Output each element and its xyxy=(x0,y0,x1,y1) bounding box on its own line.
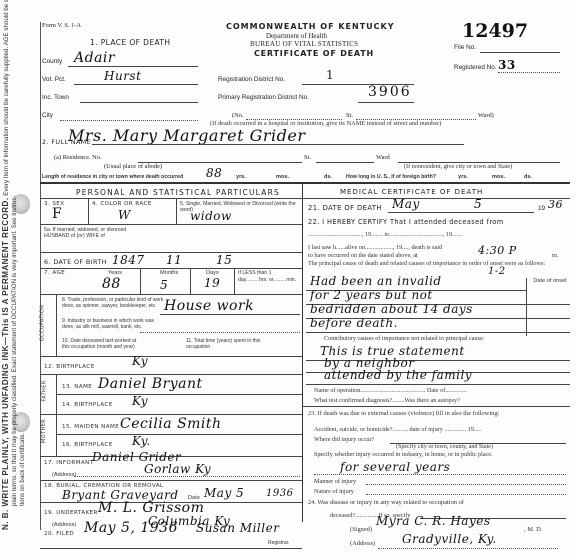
certify-label: 22. I HEREBY CERTIFY That I attended dec… xyxy=(308,218,504,226)
full-name-line xyxy=(92,144,464,145)
length-residence-value: 88 xyxy=(206,166,222,180)
full-name-value: Mrs. Mary Margaret Grider xyxy=(68,126,306,145)
occupation-side-label: OCCUPATION xyxy=(39,305,45,342)
county-value: Adair xyxy=(74,50,115,66)
row-line xyxy=(56,394,302,395)
residence-ward-label: Ward xyxy=(376,154,390,161)
onset-mark: 1-2 xyxy=(488,266,506,277)
contributory-line-3: attended by the family xyxy=(324,368,472,382)
age-days: 19 xyxy=(204,276,220,290)
certificate-title: CERTIFICATE OF DEATH xyxy=(254,49,374,58)
sidebar-instructions: N. B. WRITE PLAINLY, WITH UNFADING INK—T… xyxy=(2,30,34,530)
cell-divider xyxy=(234,268,235,294)
m-label: m. xyxy=(552,252,558,259)
dod-year: 36 xyxy=(548,198,563,211)
race-value: W xyxy=(118,208,131,222)
father-birthplace-value: Ky xyxy=(132,394,148,408)
medical-heading: MEDICAL CERTIFICATE OF DEATH xyxy=(340,188,483,196)
signed-label: (Signed) xyxy=(350,526,372,533)
cell-divider xyxy=(140,268,141,294)
mother-birthplace-value: Ky. xyxy=(132,434,151,448)
ds-label: ds. xyxy=(324,174,332,180)
primary-district-label: Primary Registration District No. xyxy=(218,94,309,101)
residence-st-label: St. xyxy=(304,154,311,161)
dob-day: 15 xyxy=(216,253,232,267)
row-line xyxy=(302,198,570,199)
cause-line-2: for 2 years but not xyxy=(310,288,433,302)
registrar-signature: Susan Miller xyxy=(196,521,279,535)
row-line xyxy=(40,198,302,199)
filed-date-value: May 5, 1936 xyxy=(84,520,178,536)
death-certificate-page: N. B. WRITE PLAINLY, WITH UNFADING INK—T… xyxy=(0,0,576,558)
file-number: 12497 xyxy=(462,20,528,42)
dept-header: Department of Health xyxy=(266,32,327,40)
principal-cause-label: The principal cause of death and related… xyxy=(308,260,566,267)
foreign-birth-label: How long in U. S., if of foreign birth? xyxy=(346,174,436,180)
specify-injury-value: for several years xyxy=(340,460,450,474)
father-side-label: FATHER xyxy=(42,380,48,401)
spouse-label: 5a. If married, widowed, or divorced HUS… xyxy=(44,227,140,239)
dod-day: 5 xyxy=(474,197,482,211)
trade-label: 8. Trade, profession, or particular kind… xyxy=(62,297,166,309)
registrar-label: Registrar. xyxy=(268,540,289,546)
mother-birthplace-label: 16. BIRTHPLACE xyxy=(62,442,113,448)
county-label: County xyxy=(42,58,62,65)
age-label: 7. AGE xyxy=(44,270,65,276)
foreign-mos-label: mos. xyxy=(492,174,505,180)
row-line xyxy=(40,374,302,375)
occurred-at-label: to have occurred on the date stated abov… xyxy=(308,252,418,259)
place-of-death-heading: 1. PLACE OF DEATH xyxy=(90,38,170,47)
bureau-header: BUREAU OF VITAL STATISTICS xyxy=(250,40,358,48)
father-name-label: 13. NAME xyxy=(62,384,92,390)
contrib-rule xyxy=(306,384,570,385)
md-label: , M. D. xyxy=(524,526,542,533)
burial-year-value: 1936 xyxy=(266,488,293,499)
vot-pct-label: Vot. Pct. xyxy=(42,76,66,83)
manner-line xyxy=(366,484,566,485)
last-worked-label: 10. Date deceased last worked at this oc… xyxy=(62,338,142,350)
months-label: Months xyxy=(160,270,178,276)
form-number: Form V. S. 1-A xyxy=(42,22,81,29)
registered-no-line xyxy=(498,72,560,73)
external-causes-label: 23. If death was due to external causes … xyxy=(308,410,568,417)
attended-from-line: ...................................., 19… xyxy=(308,232,463,238)
mother-maiden-value: Cecilia Smith xyxy=(120,416,222,432)
less-than-day-label: If LESS than 1 day.........hrs. or......… xyxy=(238,270,300,283)
last-saw-line: I last saw h......alive on..............… xyxy=(308,244,442,251)
mother-maiden-label: 15. MAIDEN NAME xyxy=(62,424,119,430)
industry-line xyxy=(140,332,300,333)
dob-year: 1847 xyxy=(112,253,145,267)
mother-side-label: MOTHER xyxy=(41,419,47,443)
dob-month: 11 xyxy=(166,253,182,267)
informant-address-line xyxy=(74,476,300,477)
row-line xyxy=(40,268,302,269)
dod-label: 21. DATE OF DEATH xyxy=(308,204,382,212)
physician-address-value: Gradyville, Ky. xyxy=(402,532,497,546)
primary-district-line xyxy=(358,102,414,103)
foreign-ds-label: ds. xyxy=(524,174,532,180)
registered-number: 33 xyxy=(498,58,516,72)
registration-district-value: 1 xyxy=(326,68,334,82)
nonresident-note: (If nonresident, give city or town and S… xyxy=(404,163,512,170)
form-border xyxy=(40,22,41,530)
row-line xyxy=(40,224,302,225)
yrs-label: yrs. xyxy=(236,174,246,180)
trade-line xyxy=(160,314,300,315)
row-line xyxy=(40,294,302,295)
county-line xyxy=(68,66,198,67)
dod-month: May xyxy=(392,197,420,211)
residence-st-line xyxy=(316,162,374,163)
vot-pct-line xyxy=(74,84,198,85)
row-line xyxy=(40,356,302,357)
cell-divider xyxy=(176,198,177,224)
dod-line xyxy=(388,212,534,213)
physician-address-label: (Address) xyxy=(350,540,375,547)
vot-pct-value: Hurst xyxy=(104,69,141,83)
registered-no-label: Registered No. xyxy=(454,64,497,71)
state-header: COMMONWEALTH OF KENTUCKY xyxy=(226,22,395,31)
physician-address-line xyxy=(378,548,558,549)
accident-label: Accident, suicide, or homicide?.........… xyxy=(314,426,482,433)
cell-divider xyxy=(190,268,191,294)
parents-divider xyxy=(56,374,57,456)
informant-address-value: Gorlaw Ky xyxy=(144,462,211,476)
city-label: City xyxy=(42,112,53,119)
specify-injury-label: Specify whether injury occurred in indus… xyxy=(314,451,566,458)
nature-line xyxy=(366,494,566,495)
contributory-label: Contributory causes of importance not re… xyxy=(324,336,524,343)
physician-signature: Myra C. R. Hayes xyxy=(376,514,490,528)
age-months: 5 xyxy=(160,278,168,292)
sidebar-line-3: tions on back of certificate. xyxy=(19,30,27,530)
cause-rule xyxy=(306,332,570,333)
burial-date-value: May 5 xyxy=(204,486,244,500)
section-divider xyxy=(40,182,570,184)
file-no-label: File No. xyxy=(454,44,476,51)
instruction-sidebar: N. B. WRITE PLAINLY, WITH UNFADING INK—T… xyxy=(4,20,36,540)
injury-location-label: Where did injury occur? xyxy=(314,436,374,443)
dob-label: 6. DATE OF BIRTH xyxy=(44,258,107,266)
inc-town-label: Inc. Town xyxy=(42,94,69,101)
mos-label: mos. xyxy=(276,174,289,180)
sidebar-line-2: plain terms, so that it may be properly … xyxy=(11,30,19,530)
date-of-onset-label: Date of onset xyxy=(532,278,568,284)
nature-label: Nature of injury xyxy=(314,488,354,495)
dod-year-prefix: 19 xyxy=(538,205,545,212)
informant-label: 17. INFORMANT xyxy=(44,460,93,466)
column-divider xyxy=(302,182,303,522)
sidebar-lead: N. B. WRITE PLAINLY, WITH UNFADING INK—T… xyxy=(1,197,10,530)
cause-line-3: bedridden about 14 days xyxy=(310,302,473,316)
undertaker-address-label: (Address) xyxy=(52,522,76,528)
father-birthplace-label: 14. BIRTHPLACE xyxy=(62,402,113,408)
birthplace-label: 12. BIRTHPLACE xyxy=(44,364,95,370)
time-of-death: 4:30 P xyxy=(478,244,517,257)
st-label: St. xyxy=(346,112,353,119)
city-line xyxy=(60,120,198,121)
row-line xyxy=(302,406,570,407)
row-line xyxy=(56,434,302,435)
undertaker-label: 19. UNDERTAKER xyxy=(44,510,98,516)
related-occupation-label: 24. Was disease or injury in any way rel… xyxy=(308,499,464,506)
occupation-divider xyxy=(56,294,57,356)
primary-district-value: 3906 xyxy=(368,84,412,100)
sidebar-line-1: Every Item of Information should be care… xyxy=(3,0,10,196)
sex-value: F xyxy=(52,206,62,222)
bottom-line xyxy=(40,548,302,549)
operation-label: Name of operation.......................… xyxy=(314,387,467,394)
cause-line-4: before death. xyxy=(310,316,398,330)
trade-value: House work xyxy=(164,298,254,314)
row-line xyxy=(40,480,302,481)
filed-label: 20. FILED xyxy=(44,531,74,537)
father-name-value: Daniel Bryant xyxy=(98,376,203,392)
race-label: 4. COLOR OR RACE xyxy=(92,201,152,207)
certificate-form: Form V. S. 1-A COMMONWEALTH OF KENTUCKY … xyxy=(40,14,570,530)
birthplace-value: Ky xyxy=(132,354,148,368)
injury-location-note: (Specify city or town, county, and State… xyxy=(396,444,493,450)
diagnosis-label: What test confirmed diagnosis?........Wa… xyxy=(314,397,460,404)
length-residence-label: Length of residence in city or town wher… xyxy=(42,174,183,180)
industry-label: 9. Industry or business in which work wa… xyxy=(62,318,166,330)
specify-line xyxy=(314,474,566,475)
cause-line-1: Had been an invalid xyxy=(310,274,442,288)
usual-abode-note: (Usual place of abode) xyxy=(104,163,162,170)
marital-value: widow xyxy=(190,209,232,223)
age-years: 88 xyxy=(102,276,121,292)
file-no-line xyxy=(480,52,560,53)
row-line xyxy=(40,414,302,415)
personal-heading: PERSONAL AND STATISTICAL PARTICULARS xyxy=(76,188,280,197)
no-label: (No. xyxy=(232,112,244,119)
onset-divider xyxy=(526,278,527,336)
cell-divider xyxy=(88,198,89,224)
manner-label: Manner of injury xyxy=(314,478,356,485)
registration-district-label: Registration District No. xyxy=(218,76,285,83)
informant-address-label: (Address) xyxy=(52,472,76,478)
residence-label: (a) Residence. No. xyxy=(54,154,102,161)
total-time-label: 11. Total time (years) spent in this occ… xyxy=(186,338,266,350)
inc-town-line xyxy=(80,102,198,103)
foreign-yrs-label: yrs. xyxy=(458,174,468,180)
ward-label: Ward) xyxy=(478,112,494,119)
residence-line xyxy=(138,162,302,163)
